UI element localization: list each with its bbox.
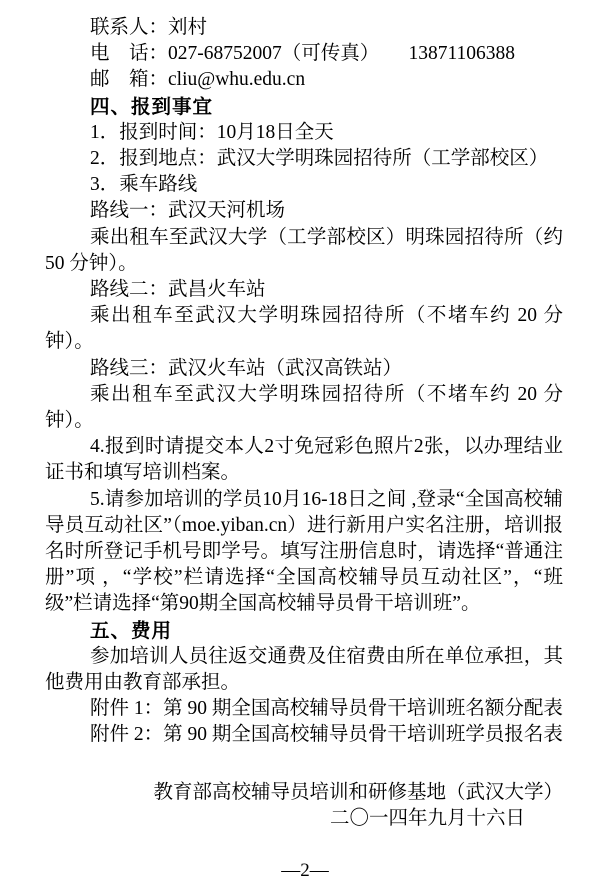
paragraph: 4.报到时请提交本人2寸免冠彩色照片2张，以办理结业证书和填写培训档案。 xyxy=(45,434,563,486)
document-body: 联系人：刘村电 话：027-68752007（可传真） 13871106388邮… xyxy=(45,15,563,749)
page-number: —2— xyxy=(0,858,610,884)
paragraph: 2．报到地点：武汉大学明珠园招待所（工学部校区） xyxy=(45,146,563,172)
paragraph: 1．报到时间：10月18日全天 xyxy=(45,120,563,146)
paragraph: 参加培训人员往返交通费及住宿费由所在单位承担，其他费用由教育部承担。 xyxy=(45,644,563,696)
paragraph: 电 话：027-68752007（可传真） 13871106388 xyxy=(45,41,563,67)
signature-block: 教育部高校辅导员培训和研修基地（武汉大学） 二〇一四年九月十六日 xyxy=(45,780,563,832)
paragraph: 乘出租车至武汉大学明珠园招待所（不堵车约 20 分钟）。 xyxy=(45,303,563,355)
paragraph: 3．乘车路线 xyxy=(45,172,563,198)
signature-date: 二〇一四年九月十六日 xyxy=(45,806,563,832)
paragraph: 路线一：武汉天河机场 xyxy=(45,198,563,224)
paragraph: 联系人：刘村 xyxy=(45,15,563,41)
paragraph: 邮 箱：cliu@whu.edu.cn xyxy=(45,67,563,93)
paragraph: 5.请参加培训的学员10月16-18日之间 ,登录“全国高校辅导员互动社区”（m… xyxy=(45,487,563,618)
paragraph: 乘出租车至武汉大学（工学部校区）明珠园招待所（约 50 分钟）。 xyxy=(45,225,563,277)
paragraph: 路线二：武昌火车站 xyxy=(45,277,563,303)
paragraph: 路线三：武汉火车站（武汉高铁站） xyxy=(45,356,563,382)
paragraph: 附件 2：第 90 期全国高校辅导员骨干培训班学员报名表 xyxy=(45,722,563,748)
signature-org: 教育部高校辅导员培训和研修基地（武汉大学） xyxy=(45,780,563,806)
section-heading: 五、费用 xyxy=(45,618,563,644)
section-heading: 四、报到事宜 xyxy=(45,94,563,120)
paragraph: 附件 1：第 90 期全国高校辅导员骨干培训班名额分配表 xyxy=(45,696,563,722)
document-page: 联系人：刘村电 话：027-68752007（可传真） 13871106388邮… xyxy=(0,0,610,889)
paragraph: 乘出租车至武汉大学明珠园招待所（不堵车约 20 分钟）。 xyxy=(45,382,563,434)
